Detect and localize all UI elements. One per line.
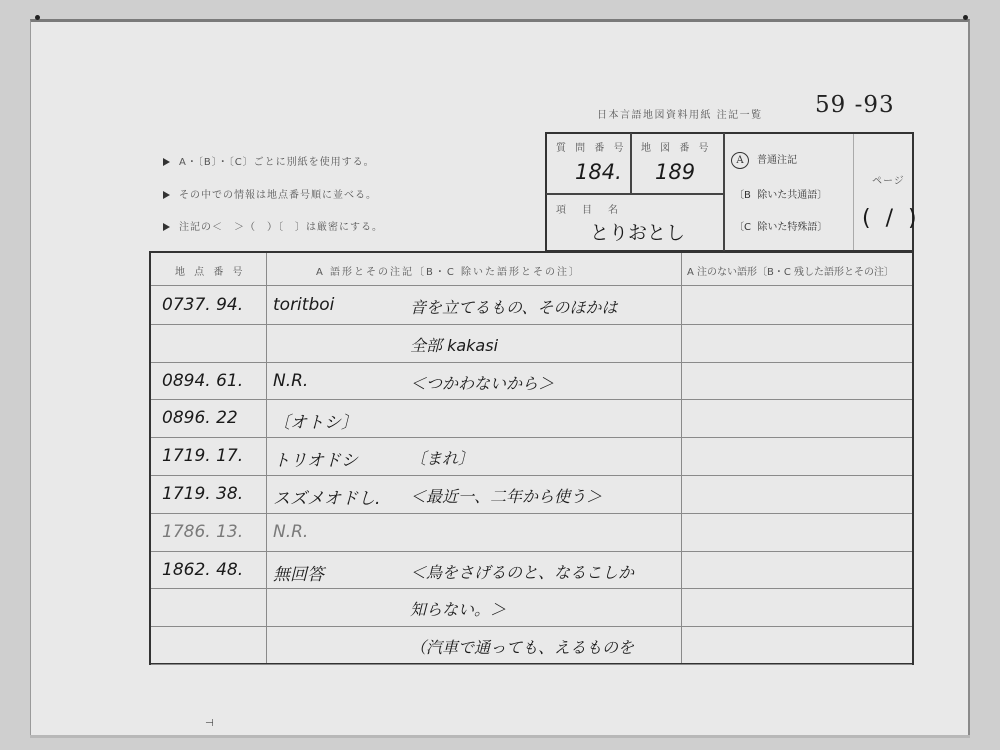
question-no: 184. — [575, 160, 622, 184]
annotation-cell: ＜最近一、二年から使う＞ — [410, 484, 602, 507]
point-number-cell: 0894. 61. — [162, 371, 243, 391]
header-form-note: A 語形とその注記〔B・C 除いた語形とその注〕 — [316, 263, 581, 278]
point-number-cell: 1719. 38. — [162, 484, 243, 504]
item-name-label: 項 目 名 — [556, 201, 621, 216]
row-divider — [151, 551, 912, 552]
pin-mark — [963, 15, 968, 20]
annotation-cell: （汽車で通っても、えるものを — [410, 635, 634, 658]
header-plain-form: A 注のない語形〔B・C 残した語形とその注〕 — [687, 263, 894, 278]
instruction-1: A・〔B〕・〔C〕ごとに別紙を使用する。 — [163, 153, 375, 168]
pin-mark — [35, 15, 40, 20]
divider — [853, 134, 854, 250]
form-title: 日本言語地図資料用紙 注記一覧 — [597, 106, 763, 121]
annotation-cell: 全部 kakasi — [410, 333, 498, 356]
triangle-bullet-icon — [163, 191, 170, 199]
point-number-cell: 1719. 17. — [162, 446, 243, 466]
instruction-2: その中での情報は地点番号順に並べる。 — [163, 186, 377, 201]
divider — [546, 193, 724, 195]
point-number-cell: 0896. 22 — [162, 408, 238, 428]
question-no-label: 質 問 番 号 — [556, 139, 627, 154]
row-divider — [151, 437, 912, 438]
word-form-cell: N.R. — [273, 371, 308, 391]
form-id: 59 -93 — [815, 92, 895, 118]
triangle-bullet-icon — [163, 158, 170, 166]
annotation-cell: 音を立てるもの、そのほかは — [410, 295, 617, 318]
row-divider — [151, 475, 912, 476]
word-form-cell: N.R. — [273, 522, 308, 542]
point-number-cell: 0737. 94. — [162, 295, 243, 315]
point-number-cell: 1786. 13. — [162, 522, 243, 542]
row-divider — [151, 626, 912, 627]
row-divider — [151, 324, 912, 325]
column-divider — [266, 253, 267, 663]
option-a: A普通注記 — [731, 151, 797, 169]
column-divider — [681, 253, 682, 663]
word-form-cell: toritboi — [273, 295, 334, 315]
row-divider — [151, 362, 912, 363]
row-divider — [151, 399, 912, 400]
page-value: ( / ) — [862, 206, 921, 231]
item-name: とりおとし — [590, 218, 685, 245]
triangle-bullet-icon — [163, 223, 170, 231]
circled-a-mark: A — [731, 152, 749, 169]
row-divider — [151, 664, 912, 665]
word-form-cell: 〔オトシ〕 — [273, 408, 358, 433]
header-point-no: 地 点 番 号 — [175, 263, 246, 278]
annotation-cell: 知らない。＞ — [410, 597, 506, 620]
word-form-cell: トリオドシ — [273, 446, 358, 471]
divider — [630, 133, 632, 194]
word-form-cell: 無回答 — [273, 560, 324, 585]
map-no: 189 — [655, 160, 695, 184]
point-number-cell: 1862. 48. — [162, 560, 243, 580]
word-form-cell: スズメオドし. — [273, 484, 380, 509]
annotation-cell: ＜つかわないから＞ — [410, 371, 554, 394]
page-label: ページ — [872, 172, 905, 187]
map-no-label: 地 図 番 号 — [641, 139, 712, 154]
annotation-cell: 〔まれ〕 — [410, 446, 474, 469]
annotation-cell: ＜鳥をさげるのと、なるこしか — [410, 560, 634, 583]
divider — [723, 133, 725, 251]
row-divider — [151, 513, 912, 514]
option-c: 〔C 除いた特殊語〕 — [734, 218, 827, 233]
option-b: 〔B 除いた共通語〕 — [734, 186, 827, 201]
corner-mark: ⊣ — [205, 718, 214, 729]
row-divider — [151, 588, 912, 589]
instruction-3: 注記の＜ ＞（ ）〔 〕は厳密にする。 — [163, 218, 383, 233]
header-divider — [151, 285, 912, 286]
